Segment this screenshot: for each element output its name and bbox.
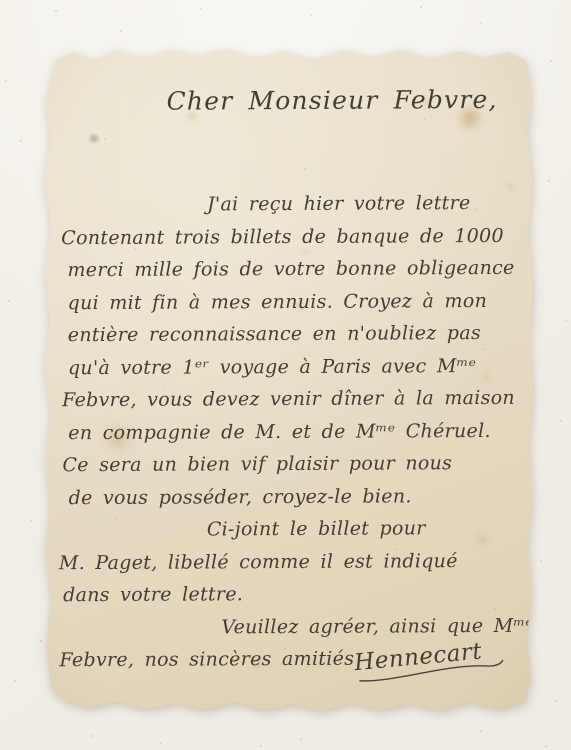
letter-line: Febvre, vous devez venir dîner à la mais… [62,382,525,417]
letter-line: merci mille fois de votre bonne obligean… [67,252,524,287]
letter-body: J'ai reçu hier votre lettre Contenant tr… [55,187,527,677]
letter-line: qu'à votre 1ᵉʳ voyage à Paris avec Mᵐᵉ [68,349,525,384]
letter-sheet: Cher Monsieur Febvre, J'ai reçu hier vot… [44,48,533,712]
letter-line: en compagnie de M. et de Mᵐᵉ Chéruel. [68,414,525,449]
letter-text: Cher Monsieur Febvre, J'ai reçu hier vot… [54,47,526,713]
letter-sheet-wrapper: Cher Monsieur Febvre, J'ai reçu hier vot… [44,48,533,712]
letter-line: entière reconnaissance en n'oubliez pas [68,317,525,352]
paper-speckles [44,48,46,50]
letter-line: Ce sera un bien vif plaisir pour nous [62,447,525,482]
letter-line: de vous posséder, croyez-le bien. [69,479,526,514]
letter-line: Ci-joint le billet pour [207,512,526,546]
letter-line: dans votre lettre. [63,577,526,612]
letter-line: J'ai reçu hier votre lettre [207,187,524,221]
letter-salutation: Cher Monsieur Febvre, [166,85,523,116]
background-speckles [0,0,2,2]
letter-line: M. Paget, libellé comme il est indiqué [59,544,526,579]
letter-line: qui mit fin à mes ennuis. Croyez à mon [68,284,525,319]
letter-line: Contenant trois billets de banque de 100… [61,219,524,254]
